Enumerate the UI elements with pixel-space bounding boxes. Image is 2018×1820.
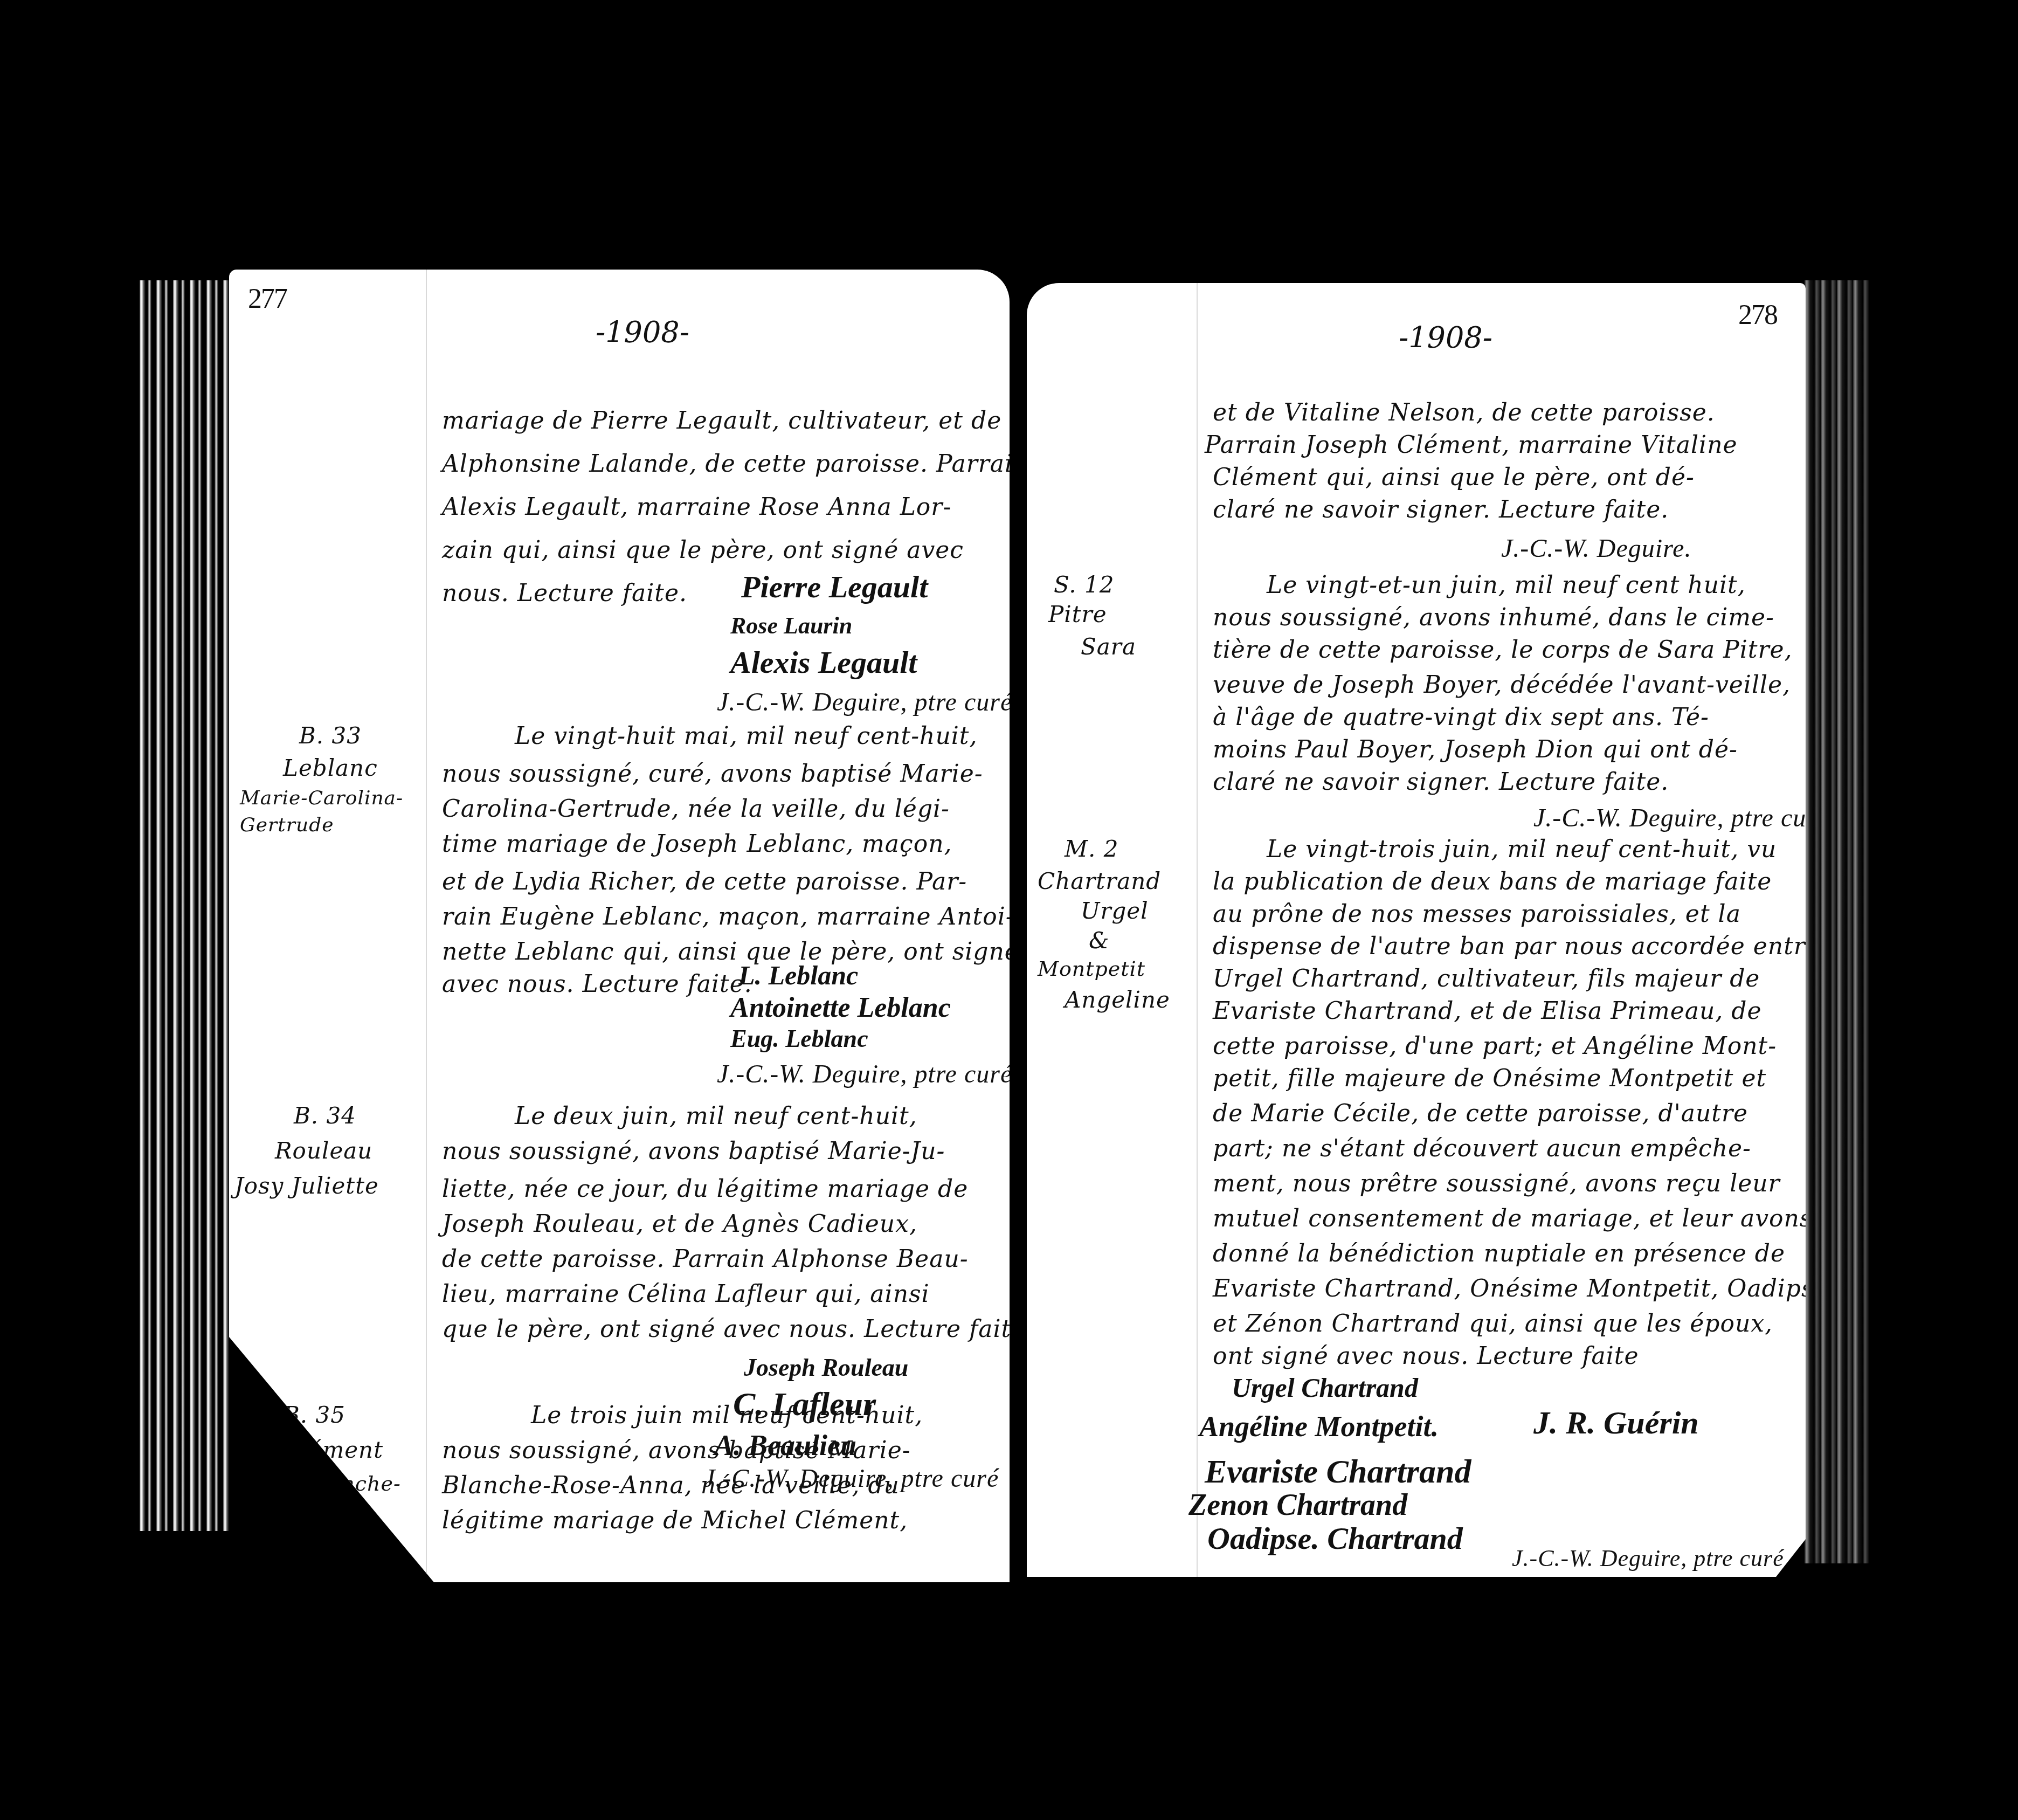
margin-surname: Rouleau — [275, 1137, 372, 1164]
entry-number: B. 34 — [294, 1102, 356, 1129]
entry-line: mutuel consentement de mariage, et leur … — [1213, 1205, 1806, 1232]
signature: Evariste Chartrand — [1205, 1453, 1471, 1491]
margin-given-name: Angeline — [1065, 987, 1170, 1013]
entry-line: Carolina-Gertrude, née la veille, du lég… — [442, 795, 950, 823]
entry-line: claré ne savoir signer. Lecture faite. — [1213, 768, 1669, 796]
margin-given-name: Rose-Anna — [256, 1507, 371, 1531]
signature: Antoinette Leblanc — [730, 992, 951, 1024]
entry-line: Blanche-Rose-Anna, née la veille, du — [442, 1472, 900, 1499]
entry-line: nous soussigné, curé, avons baptisé Mari… — [442, 760, 983, 788]
entry-line: ment, nous prêtre soussigné, avons reçu … — [1213, 1170, 1780, 1197]
margin-surname: Chartrand — [1038, 868, 1161, 894]
entry-line: de cette paroisse. Parrain Alphonse Beau… — [442, 1245, 969, 1273]
entry-line: Le vingt-huit mai, mil neuf cent-huit, — [515, 722, 977, 750]
entry-line: nous soussigné, avons baptisé Marie- — [442, 1437, 911, 1464]
entry-line: nous. Lecture faite. — [442, 580, 687, 607]
entry-line: et de Lydia Richer, de cette paroisse. P… — [442, 868, 967, 895]
signature: Urgel Chartrand — [1232, 1372, 1418, 1403]
entry-line: et Zénon Chartrand qui, ainsi que les ép… — [1213, 1310, 1773, 1338]
margin-given-name: Urgel — [1081, 898, 1149, 924]
entry-line: moins Paul Boyer, Joseph Dion qui ont dé… — [1213, 736, 1738, 763]
page-number: 277 — [248, 283, 287, 315]
entry-line: zain qui, ainsi que le père, ont signé a… — [442, 536, 964, 564]
signature: L. Leblanc — [738, 960, 858, 991]
margin-surname: Clément — [283, 1437, 383, 1463]
entry-line: dispense de l'autre ban par nous accordé… — [1213, 933, 1806, 960]
entry-number: B. 33 — [299, 722, 362, 749]
margin-rule — [426, 270, 427, 1582]
entry-line: Le deux juin, mil neuf cent-huit, — [515, 1102, 917, 1130]
entry-line: rain Eugène Leblanc, maçon, marraine Ant… — [442, 903, 1010, 930]
signature: Joseph Rouleau — [744, 1353, 908, 1382]
entry-line: que le père, ont signé avec nous. Lectur… — [442, 1315, 1010, 1343]
left-page: 277 -1908- mariage de Pierre Legault, cu… — [229, 270, 1010, 1582]
entry-line: nous soussigné, avons baptisé Marie-Ju- — [442, 1137, 945, 1165]
margin-surname: Leblanc — [283, 755, 378, 781]
entry-line: au prône de nos messes paroissiales, et … — [1213, 900, 1741, 928]
margin-given-name: Marie Blanche- — [234, 1472, 401, 1495]
entry-number: S. 12 — [1054, 571, 1114, 598]
signature: Rose Laurin — [730, 612, 852, 639]
entry-line: et de Vitaline Nelson, de cette paroisse… — [1213, 399, 1715, 426]
entry-line: légitime mariage de Michel Clément, — [442, 1507, 908, 1534]
entry-line: Le vingt-trois juin, mil neuf cent-huit,… — [1267, 836, 1777, 863]
signature: Alexis Legault — [730, 644, 917, 680]
margin-given-name: Marie-Carolina- — [240, 787, 403, 809]
entry-line: petit, fille majeure de Onésime Montpeti… — [1213, 1065, 1766, 1092]
entry-line: liette, née ce jour, du légitime mariage… — [442, 1175, 968, 1203]
signature: Angéline Montpetit. — [1199, 1410, 1439, 1443]
margin-surname: Pitre — [1048, 601, 1107, 628]
entry-line: de Marie Cécile, de cette paroisse, d'au… — [1213, 1100, 1748, 1127]
entry-line: tière de cette paroisse, le corps de Sar… — [1213, 636, 1793, 664]
page-number: 278 — [1738, 299, 1777, 331]
priest-signature: J.-C.-W. Deguire, ptre curé — [1533, 803, 1806, 833]
entry-line: part; ne s'étant découvert aucun empêche… — [1213, 1135, 1751, 1162]
signature: J. R. Guérin — [1533, 1404, 1699, 1442]
entry-line: Alexis Legault, marraine Rose Anna Lor- — [442, 493, 951, 521]
year-header: -1908- — [1399, 321, 1492, 355]
margin-given-name: Sara — [1081, 633, 1136, 660]
signature: Eug. Leblanc — [730, 1024, 868, 1053]
left-page-stack-edges — [135, 280, 231, 1531]
entry-number: B. 35 — [283, 1402, 345, 1428]
margin-given-name: Josy Juliette — [234, 1173, 379, 1199]
priest-signature: J.-C.-W. Deguire. — [1501, 534, 1691, 563]
entry-line: avec nous. Lecture faite. — [442, 970, 752, 998]
entry-line: time mariage de Joseph Leblanc, maçon, — [442, 830, 952, 858]
ampersand: & — [1089, 927, 1109, 954]
entry-line: Urgel Chartrand, cultivateur, fils majeu… — [1213, 965, 1760, 992]
entry-line: Le vingt-et-un juin, mil neuf cent huit, — [1267, 571, 1746, 599]
priest-signature: J.-C.-W. Deguire, ptre curé — [717, 1059, 1010, 1089]
margin-given-name: Gertrude — [240, 814, 334, 836]
book-gutter — [1010, 253, 1027, 1585]
entry-line: Evariste Chartrand, Onésime Montpetit, O… — [1213, 1275, 1806, 1302]
entry-line: Le trois juin mil neuf cent-huit, — [531, 1402, 923, 1429]
priest-signature: J.-C.-W. Deguire, ptre curé — [717, 687, 1010, 717]
entry-line: la publication de deux bans de mariage f… — [1213, 868, 1772, 895]
right-page: 278 -1908- et de Vitaline Nelson, de cet… — [1027, 283, 1806, 1577]
entry-line: Joseph Rouleau, et de Agnès Cadieux, — [442, 1210, 917, 1238]
signature: Oadipse. Chartrand — [1207, 1520, 1463, 1556]
right-page-stack-edges — [1805, 280, 1869, 1563]
entry-line: Evariste Chartrand, et de Elisa Primeau,… — [1213, 997, 1761, 1025]
margin-surname: Montpetit — [1038, 957, 1145, 981]
entry-line: ont signé avec nous. Lecture faite — [1213, 1342, 1639, 1370]
entry-number: M. 2 — [1065, 836, 1118, 862]
entry-line: à l'âge de quatre-vingt dix sept ans. Té… — [1213, 704, 1709, 731]
entry-line: Clément qui, ainsi que le père, ont dé- — [1213, 464, 1695, 491]
entry-line: Parrain Joseph Clément, marraine Vitalin… — [1205, 431, 1738, 459]
entry-line: mariage de Pierre Legault, cultivateur, … — [442, 407, 1001, 435]
entry-line: cette paroisse, d'une part; et Angéline … — [1213, 1032, 1777, 1060]
entry-line: lieu, marraine Célina Lafleur qui, ainsi — [442, 1280, 930, 1308]
entry-line: veuve de Joseph Boyer, décédée l'avant-v… — [1213, 671, 1791, 699]
signature: Pierre Legault — [741, 569, 928, 605]
signature: Zenon Chartrand — [1188, 1488, 1407, 1522]
entry-line: nette Leblanc qui, ainsi que le père, on… — [442, 938, 1010, 966]
priest-signature: J.-C.-W. Deguire, ptre curé — [1512, 1545, 1784, 1572]
entry-line: nous soussigné, avons inhumé, dans le ci… — [1213, 604, 1774, 631]
entry-line: donné la bénédiction nuptiale en présenc… — [1213, 1240, 1785, 1267]
entry-line: Alphonsine Lalande, de cette paroisse. P… — [442, 450, 1010, 478]
year-header: -1908- — [596, 315, 689, 349]
margin-rule — [1197, 283, 1198, 1577]
entry-line: claré ne savoir signer. Lecture faite. — [1213, 496, 1669, 523]
